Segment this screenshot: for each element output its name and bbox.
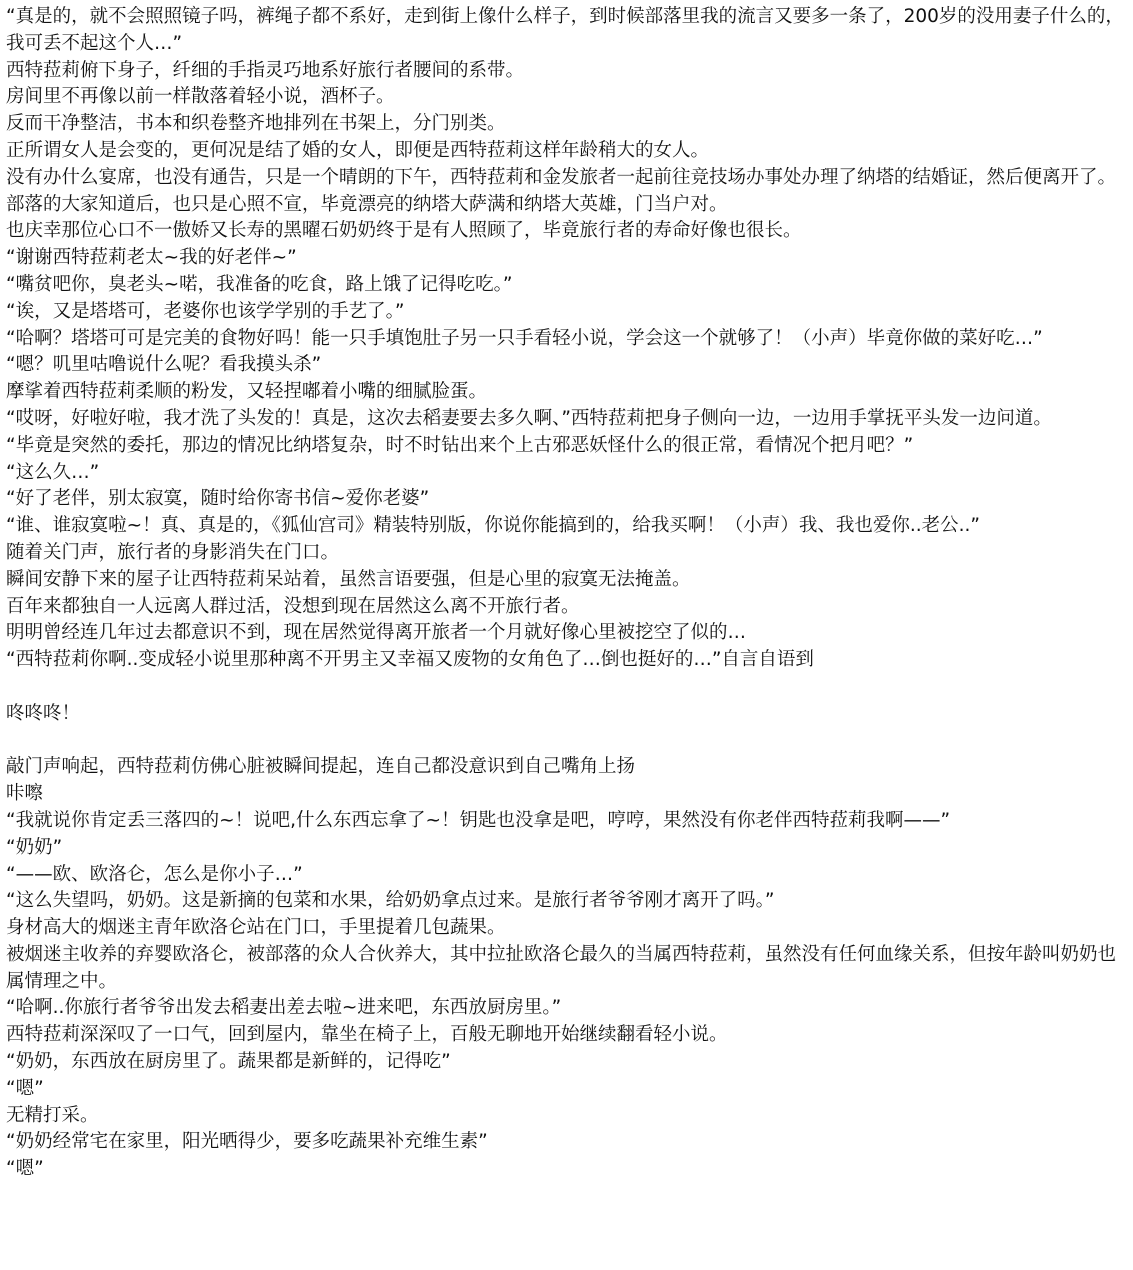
paragraph: 百年来都独自一人远离人群过活，没想到现在居然这么离不开旅行者。 xyxy=(6,594,1127,621)
dialogue-line: “哈啊..你旅行者爷爷出发去稻妻出差去啦~进来吧，东西放厨房里。” xyxy=(6,995,1127,1022)
dialogue-line: “哎呀，好啦好啦，我才洗了头发的！真是，这次去稻妻要去多久啊、”西特菈莉把身子侧… xyxy=(6,406,1127,433)
paragraph: 没有办什么宴席，也没有通告，只是一个晴朗的下午，西特菈莉和金发旅者一起前往竞技场… xyxy=(6,165,1127,192)
dialogue-line: “奶奶” xyxy=(6,835,1127,862)
dialogue-line: “嗯” xyxy=(6,1156,1127,1183)
dialogue-line: “西特菈莉你啊..变成轻小说里那种离不开男主又幸福又废物的女角色了…倒也挺好的…… xyxy=(6,647,1127,674)
paragraph: “真是的，就不会照照镜子吗，裤绳子都不系好，走到街上像什么样子，到时候部落里我的… xyxy=(6,4,1127,58)
paragraph: 无精打采。 xyxy=(6,1103,1127,1130)
sound-effect: 咔嚓 xyxy=(6,781,1127,808)
dialogue-line: “谁、谁寂寞啦~！真、真是的，《狐仙宫司》精装特别版，你说你能搞到的，给我买啊！… xyxy=(6,513,1127,540)
dialogue-line: “奶奶，东西放在厨房里了。蔬果都是新鲜的，记得吃” xyxy=(6,1049,1127,1076)
dialogue-line: “谢谢西特菈莉老太~我的好老伴~” xyxy=(6,245,1127,272)
paragraph: 摩挲着西特菈莉柔顺的粉发，又轻捏嘟着小嘴的细腻脸蛋。 xyxy=(6,379,1127,406)
paragraph: 明明曾经连几年过去都意识不到，现在居然觉得离开旅者一个月就好像心里被挖空了似的… xyxy=(6,620,1127,647)
paragraph: 反而干净整洁，书本和织卷整齐地排列在书架上，分门别类。 xyxy=(6,111,1127,138)
story-document: “真是的，就不会照照镜子吗，裤绳子都不系好，走到街上像什么样子，到时候部落里我的… xyxy=(0,0,1133,1183)
dialogue-line: “嘴贫吧你，臭老头~喏，我准备的吃食，路上饿了记得吃吃。” xyxy=(6,272,1127,299)
dialogue-line: “——欧、欧洛仑，怎么是你小子…” xyxy=(6,862,1127,889)
dialogue-line: “好了老伴，别太寂寞，随时给你寄书信~爱你老婆” xyxy=(6,486,1127,513)
dialogue-line: “哈啊？塔塔可可是完美的食物好吗！能一只手填饱肚子另一只手看轻小说，学会这一个就… xyxy=(6,326,1127,353)
blank-line xyxy=(6,728,1127,755)
dialogue-line: “毕竟是突然的委托，那边的情况比纳塔复杂，时不时钻出来个上古邪恶妖怪什么的很正常… xyxy=(6,433,1127,460)
blank-line xyxy=(6,674,1127,701)
paragraph: 随着关门声，旅行者的身影消失在门口。 xyxy=(6,540,1127,567)
paragraph: 也庆幸那位心口不一傲娇又长寿的黑曜石奶奶终于是有人照顾了，毕竟旅行者的寿命好像也… xyxy=(6,218,1127,245)
paragraph: 敲门声响起，西特菈莉仿佛心脏被瞬间提起，连自己都没意识到自己嘴角上扬 xyxy=(6,754,1127,781)
dialogue-line: “这么久…” xyxy=(6,460,1127,487)
dialogue-line: “奶奶经常宅在家里，阳光晒得少，要多吃蔬果补充维生素” xyxy=(6,1129,1127,1156)
paragraph: 瞬间安静下来的屋子让西特菈莉呆站着，虽然言语要强，但是心里的寂寞无法掩盖。 xyxy=(6,567,1127,594)
dialogue-line: “这么失望吗，奶奶。这是新摘的包菜和水果，给奶奶拿点过来。是旅行者爷爷刚才离开了… xyxy=(6,888,1127,915)
paragraph: 房间里不再像以前一样散落着轻小说，酒杯子。 xyxy=(6,84,1127,111)
paragraph: 身材高大的烟迷主青年欧洛仑站在门口，手里提着几包蔬果。 xyxy=(6,915,1127,942)
dialogue-line: “我就说你肯定丢三落四的~！说吧,什么东西忘拿了~！钥匙也没拿是吧，哼哼，果然没… xyxy=(6,808,1127,835)
sound-effect: 咚咚咚！ xyxy=(6,701,1127,728)
dialogue-line: “嗯？叽里咕噜说什么呢？看我摸头杀” xyxy=(6,352,1127,379)
paragraph: 正所谓女人是会变的，更何况是结了婚的女人，即便是西特菈莉这样年龄稍大的女人。 xyxy=(6,138,1127,165)
paragraph: 部落的大家知道后，也只是心照不宣，毕竟漂亮的纳塔大萨满和纳塔大英雄，门当户对。 xyxy=(6,192,1127,219)
paragraph: 西特菈莉深深叹了一口气，回到屋内，靠坐在椅子上，百般无聊地开始继续翻看轻小说。 xyxy=(6,1022,1127,1049)
dialogue-line: “诶，又是塔塔可，老婆你也该学学别的手艺了。” xyxy=(6,299,1127,326)
dialogue-line: “嗯” xyxy=(6,1076,1127,1103)
paragraph: 被烟迷主收养的弃婴欧洛仑，被部落的众人合伙养大，其中拉扯欧洛仑最久的当属西特菈莉… xyxy=(6,942,1127,996)
paragraph: 西特菈莉俯下身子，纤细的手指灵巧地系好旅行者腰间的系带。 xyxy=(6,58,1127,85)
